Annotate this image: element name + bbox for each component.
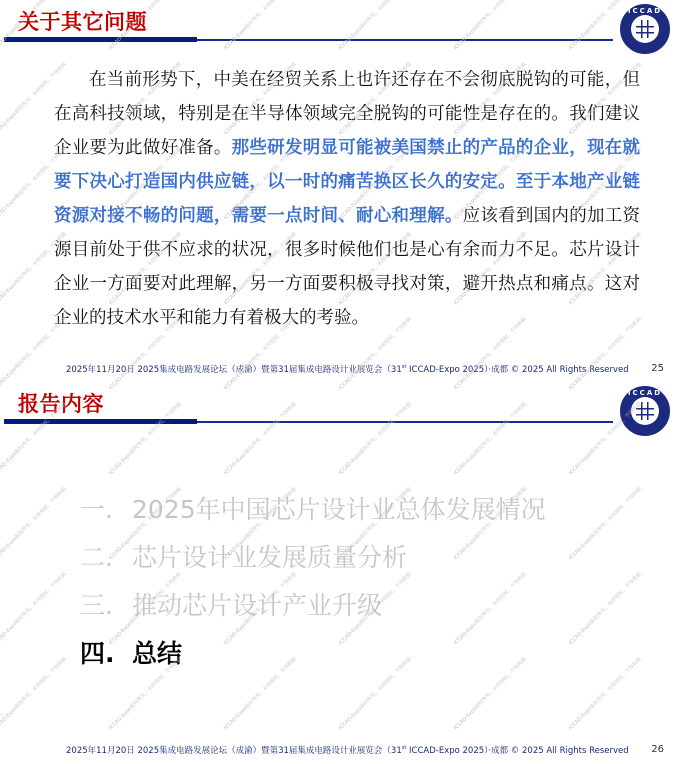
logo-text: ICCAD xyxy=(622,389,668,397)
agenda-label: 总结 xyxy=(132,639,182,668)
agenda-item-3: 三.推动芯片设计产业升级 xyxy=(80,582,546,630)
iccad-logo-icon: ICCAD xyxy=(620,4,670,54)
slide-25: 关于其它问题 ICCAD 在当前形势下，中美在经贸关系上也许还存在不会彻底脱钩的… xyxy=(0,0,678,382)
slide-title: 关于其它问题 xyxy=(18,6,147,36)
agenda-label: 芯片设计业发展质量分析 xyxy=(132,543,407,572)
title-underline-thick xyxy=(4,419,197,424)
page-number: 26 xyxy=(651,744,664,755)
title-underline-thin xyxy=(197,39,613,41)
footer-text-2: ICCAD-Expo 2025）·成都 © 2025 All Rights Re… xyxy=(406,365,628,375)
agenda-num: 二. xyxy=(80,534,132,582)
agenda-list: 一.2025年中国芯片设计业总体发展情况 二.芯片设计业发展质量分析 三.推动芯… xyxy=(80,486,546,678)
title-underline-thin xyxy=(197,421,613,423)
slide-footer: 2025年11月20日 2025集成电路发展论坛（成渝）暨第31届集成电路设计业… xyxy=(66,744,629,756)
footer-text: 2025年11月20日 2025集成电路发展论坛（成渝）暨第31届集成电路设计业… xyxy=(66,746,402,756)
footer-text: 2025年11月20日 2025集成电路发展论坛（成渝）暨第31届集成电路设计业… xyxy=(66,365,402,375)
slide-title: 报告内容 xyxy=(18,388,104,418)
iccad-logo-icon: ICCAD xyxy=(620,386,670,436)
agenda-num: 四. xyxy=(80,630,132,678)
slide-footer: 2025年11月20日 2025集成电路发展论坛（成渝）暨第31届集成电路设计业… xyxy=(66,363,629,375)
logo-grid-icon xyxy=(631,15,659,43)
title-underline-thick xyxy=(4,37,197,42)
agenda-item-1: 一.2025年中国芯片设计业总体发展情况 xyxy=(80,486,546,534)
slide-26: 报告内容 ICCAD 一.2025年中国芯片设计业总体发展情况 二.芯片设计业发… xyxy=(0,382,678,764)
agenda-num: 三. xyxy=(80,582,132,630)
agenda-label: 推动芯片设计产业升级 xyxy=(132,591,382,620)
agenda-num: 一. xyxy=(80,486,132,534)
body-paragraph: 在当前形势下，中美在经贸关系上也许还存在不会彻底脱钩的可能，但在高科技领域，特别… xyxy=(54,63,640,335)
agenda-item-2: 二.芯片设计业发展质量分析 xyxy=(80,534,546,582)
logo-grid-icon xyxy=(631,397,659,425)
agenda-label: 2025年中国芯片设计业总体发展情况 xyxy=(132,495,546,524)
logo-text: ICCAD xyxy=(622,7,668,15)
footer-text-2: ICCAD-Expo 2025）·成都 © 2025 All Rights Re… xyxy=(406,746,628,756)
agenda-item-4-active: 四.总结 xyxy=(80,630,546,678)
page-number: 25 xyxy=(651,363,664,374)
